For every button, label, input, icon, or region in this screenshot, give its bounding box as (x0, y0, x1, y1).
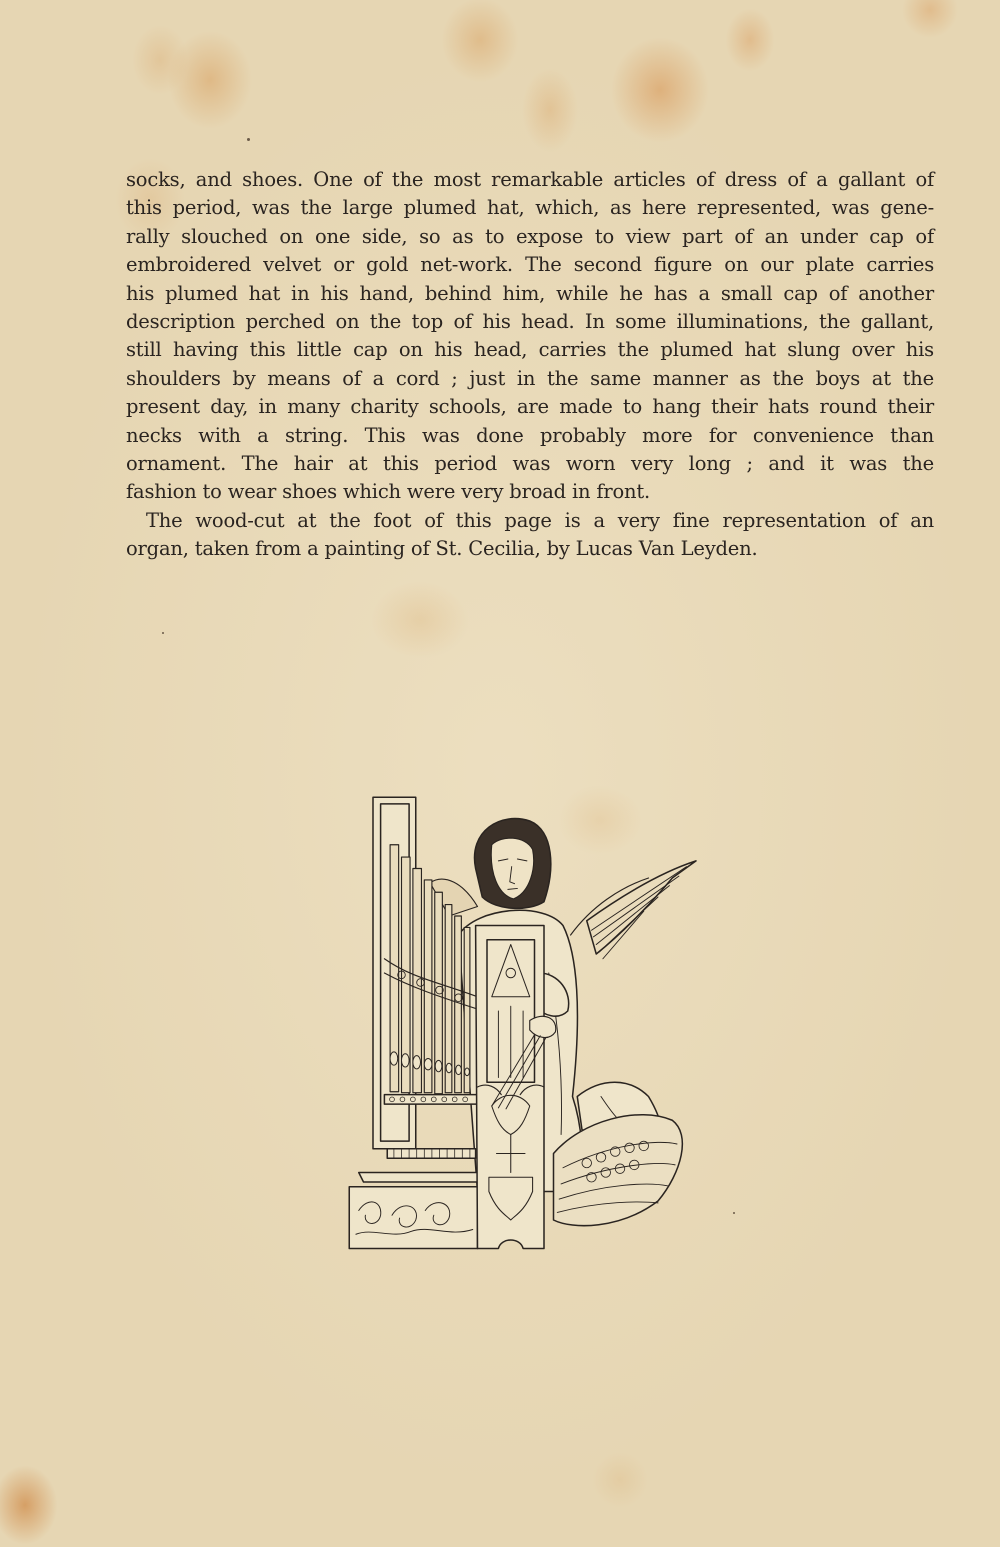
text-line: organ, taken from a painting of St. Ceci… (126, 535, 934, 563)
text-line: description perched on the top of his he… (126, 308, 934, 336)
text-line: The wood-cut at the foot of this page is… (126, 507, 934, 535)
ink-speck (247, 138, 250, 141)
text-line: embroidered velvet or gold net-work. The… (126, 251, 934, 279)
text-line: this period, was the large plumed hat, w… (126, 194, 934, 222)
paragraph-1: socks, and shoes. One of the most remark… (126, 166, 934, 507)
ink-speck (162, 632, 164, 634)
text-line: fashion to wear shoes which were very br… (126, 478, 934, 506)
text-line: present day, in many charity schools, ar… (126, 393, 934, 421)
organ-angel-woodcut (335, 785, 715, 1275)
ink-speck (733, 1212, 735, 1214)
text-line: necks with a string. This was done proba… (126, 422, 934, 450)
text-line: ornament. The hair at this period was wo… (126, 450, 934, 478)
text-line: socks, and shoes. One of the most remark… (126, 166, 934, 194)
body-text: socks, and shoes. One of the most remark… (126, 166, 934, 563)
text-line: shoulders by means of a cord ; just in t… (126, 365, 934, 393)
organ-angel-illustration-icon (335, 785, 715, 1275)
text-line: rally slouched on one side, so as to exp… (126, 223, 934, 251)
text-line: his plumed hat in his hand, behind him, … (126, 280, 934, 308)
text-line: still having this little cap on his head… (126, 336, 934, 364)
paragraph-2: The wood-cut at the foot of this page is… (126, 507, 934, 564)
